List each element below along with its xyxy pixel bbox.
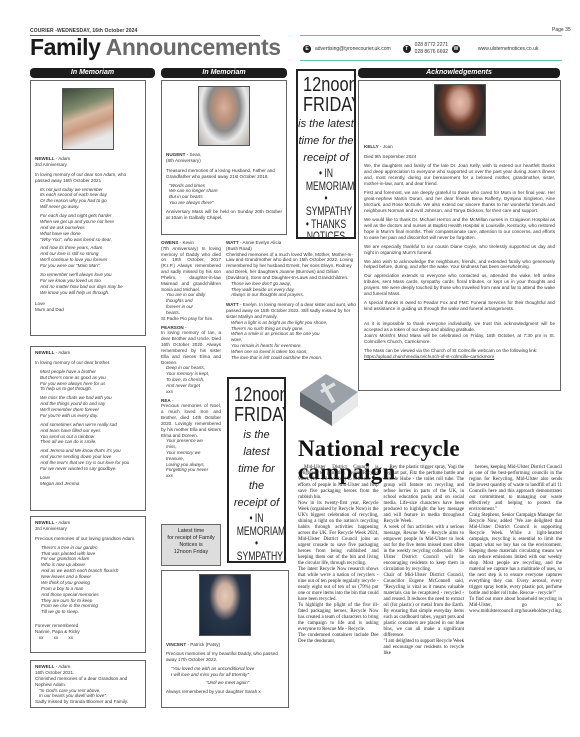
- photo-adam-newell: [62, 88, 114, 150]
- notice-newell-3: NEWELL - Adam3rd Anniversary Precious me…: [30, 516, 146, 653]
- notice-newell-1: NEWELL - Adam3rd Anniversary In loving m…: [30, 80, 146, 336]
- notice-intro: Precious memories of our loving grandson…: [35, 536, 141, 542]
- poem-verse: And sometimes when we're really sad And …: [35, 422, 141, 446]
- email-icon: E: [303, 45, 311, 53]
- poem-verse: And Jemma and Me know that's it's you An…: [35, 448, 141, 472]
- deadline-item: • IN MEMORIAM: [237, 512, 277, 537]
- notice-intro: Precious memories of my beautiful Daddy,…: [166, 651, 284, 663]
- notice-name: WATT: [226, 240, 239, 245]
- poem-verse: "In God's care you rest above, In our he…: [35, 688, 141, 700]
- contact-bar: E advertising@tyronecourier.uk.com T 028…: [303, 42, 538, 55]
- ack-paragraph: We, the daughters and family of the late…: [364, 163, 555, 187]
- notice-sub: - Adam: [54, 350, 70, 355]
- notice-sub: - Joan: [379, 144, 393, 149]
- poem-verse: Deep in our hearts, Your memory is kept,…: [161, 365, 221, 394]
- poem-verse: Most people have a brother But there's n…: [35, 369, 141, 393]
- section-in-memoriam-2: In Memoriam: [161, 68, 287, 78]
- notices-watt-column: WATT - Annie Evelyn Alicia (Bush Road) C…: [226, 240, 356, 361]
- ack-paragraph: First and foremost, we are deeply gratef…: [364, 190, 555, 214]
- poem-verse: Its not just today we remember Its each …: [35, 187, 141, 211]
- deadline-time: 12noon: [303, 75, 349, 95]
- deadline-text: receipt of: [229, 495, 284, 512]
- notice-sub: -: [184, 325, 187, 330]
- poem-verse: "Words and times We can no longer share …: [166, 183, 282, 207]
- poem-verse: You are in our daily thoughts and foreve…: [161, 292, 221, 315]
- notice-intro: Treasured memories of a loving Husband, …: [166, 168, 282, 180]
- ack-paragraph: We are especially thankful to our cousin…: [364, 244, 555, 256]
- notice-name: OWENS: [161, 240, 178, 245]
- notice-signature: Love Mum and Dad: [35, 301, 141, 313]
- notice-anniversary: 3rd Anniversary: [35, 526, 67, 531]
- webcam-link[interactable]: https://upload.churchmedia.tv/church-of-…: [364, 354, 555, 360]
- web-icon: W: [452, 45, 460, 53]
- notice-name: REA: [161, 398, 171, 403]
- notice-name: NEWELL: [35, 156, 54, 161]
- notice-sub: - Patrick (Patsy): [186, 642, 220, 647]
- title-announcements: Announcements: [106, 34, 281, 60]
- poem-verse: Your presence we miss, Your memory we tr…: [161, 438, 221, 479]
- notice-body: Cherished memories of a much loved Wife,…: [226, 252, 353, 280]
- poem-verse: We miss the chats we had with you And th…: [35, 395, 141, 419]
- mass-info: Anniversary Mass will be held on Sunday …: [166, 209, 282, 221]
- notice-name: NEWELL: [35, 664, 54, 669]
- notice-signature: Love Megan and Jemma: [35, 475, 141, 487]
- notice-pearson: PEARSON - In loving memory of Ian, a dea…: [161, 325, 221, 395]
- notice-sub: - Adam: [54, 156, 70, 161]
- article-column-2: Rey the plastic trigger spray, Yogi the …: [384, 465, 465, 657]
- notice-newell-2: NEWELL - Adam In loving memory of our de…: [30, 346, 146, 511]
- notice-anniversary: (7th Anniversary): [161, 246, 198, 251]
- website-link[interactable]: www.ulsternetnotices.co.uk: [478, 46, 538, 52]
- acknowledgement-kelly: KELLY - Joan Died 9th September 2024 We,…: [358, 80, 561, 391]
- deadline-text: receipt of: [298, 150, 354, 167]
- notice-anniversary: (8th Anniversary): [166, 158, 201, 163]
- notice-sub: -: [171, 398, 174, 403]
- phone-2: 028 8676 6692: [415, 49, 448, 56]
- poem-verse: Those we love don't go away, They walk b…: [226, 281, 356, 298]
- header-rule-green: [300, 35, 562, 36]
- section-acknowledgements: Acknowledgements: [358, 68, 560, 78]
- notice-signature: Forever remembered Nannie, Papa & Ricky …: [35, 623, 141, 641]
- ack-paragraph: Our appreciation extends to everyone who…: [364, 273, 555, 297]
- notice-name: VINCENT: [166, 642, 186, 647]
- notice-name: NEWELL: [35, 520, 54, 525]
- article-column-3: heroes, keeping Mid-Ulster District Coun…: [469, 465, 562, 657]
- phone-icon: T: [403, 45, 411, 53]
- deadline-item: • SYMPATHY: [237, 537, 277, 562]
- ack-paragraph: We would like to thank Dr. Michael Herro…: [364, 217, 555, 241]
- notice-owens: OWENS - Kevin (7th Anniversary) In lovin…: [161, 240, 221, 322]
- title-family: Family: [30, 34, 100, 60]
- notice-body: Precious memories of Noel, a much loved …: [161, 403, 221, 437]
- notice-watt-2: WATT - Evelyn. In loving memory of a dea…: [226, 302, 356, 360]
- page-number: Page 35: [552, 27, 571, 33]
- page-title: Family Announcements: [30, 36, 281, 59]
- deadline-day: FRIDAY: [303, 95, 349, 115]
- poem-verse: When a light is as bright as the light y…: [226, 320, 356, 361]
- notice-intro: In loving memory of our dear brother.: [35, 360, 141, 366]
- date-of-death: Died 9th September 2024: [364, 154, 555, 160]
- notice-name: WATT: [226, 302, 239, 307]
- notice-name: NUGENT: [166, 152, 185, 157]
- notice-sub: - Evelyn.: [239, 302, 258, 307]
- latest-time-box: Latest time for receipt of Family Notice…: [161, 524, 221, 566]
- deadline-item: • SYMPATHY: [306, 192, 346, 217]
- article-column-1: Mid-Ulster District Council is delighted…: [298, 465, 379, 657]
- deadline-item: NOTICES: [306, 230, 346, 239]
- ack-closing: As it is impossible to thank everyone in…: [364, 321, 555, 345]
- deadline-day: FRIDAY: [234, 405, 279, 425]
- notice-name: KELLY: [364, 144, 379, 149]
- notices-small-column: OWENS - Kevin (7th Anniversary) In lovin…: [161, 240, 221, 479]
- phone-numbers: 028 8772 2271 028 8676 6692: [415, 42, 448, 55]
- notice-sub: - Sean,: [185, 152, 201, 157]
- email-link[interactable]: advertising@tyronecourier.uk.com: [315, 46, 391, 52]
- notice-sub: - Annie Evelyn Alicia: [239, 240, 282, 245]
- deadline-text: is the latest: [229, 427, 284, 461]
- article-body: Mid-Ulster District Council is delighted…: [298, 465, 562, 657]
- notice-address: (Bush Road): [226, 246, 252, 251]
- notice-vincent: VINCENT - Patrick (Patsy) Precious memor…: [161, 570, 289, 708]
- notice-sub: - Adam.: [54, 664, 71, 669]
- poem-verse: So remember we'll always love you For we…: [35, 272, 141, 296]
- deadline-item: • IN MEMORIAM: [306, 167, 346, 192]
- notice-intro: Cherished memories of a dear Grandson an…: [35, 676, 127, 687]
- notice-date: 16th October 2021.: [35, 670, 74, 675]
- poem-verse: There's a tree in our garden That was pl…: [35, 545, 141, 616]
- notice-sub: - Adam: [54, 520, 70, 525]
- section-in-memoriam-1: In Memoriam: [30, 68, 155, 78]
- notice-signature: Always remembered by your daughter Sarah…: [166, 689, 284, 695]
- ack-paragraph: We also wish to acknowledge the neighbou…: [364, 259, 555, 271]
- notice-watt-1: WATT - Annie Evelyn Alicia (Bush Road) C…: [226, 240, 356, 298]
- photo-sean-nugent: [198, 86, 250, 146]
- deadline-notice-box-2: 12noon FRIDAY is the latest time for the…: [227, 377, 286, 563]
- notice-intro: In loving memory of our dear son Adam, w…: [35, 172, 141, 184]
- notice-body: In loving memory of Ian, a dear Brother …: [161, 330, 221, 364]
- notice-signature: Sadly missed by Granda Bloomer and Famil…: [35, 699, 128, 704]
- notice-rea: REA - Precious memories of Noel, a much …: [161, 398, 221, 480]
- ack-paragraph: A special thanks is owed to Peadar Fox a…: [364, 300, 555, 312]
- poem-verse: And now its three years, Adam And our lo…: [35, 245, 141, 269]
- notice-name: PEARSON: [161, 325, 184, 330]
- bible-icon: [296, 370, 362, 432]
- notice-sub: - Kevin: [178, 240, 194, 245]
- contact-rule: [300, 60, 562, 61]
- notice-nugent: NUGENT - Sean,(8th Anniversary) Treasure…: [161, 80, 287, 235]
- deadline-text: is the latest: [298, 116, 354, 133]
- deadline-text: time for the: [298, 133, 354, 150]
- poem-verse: "Until we meet again": [166, 680, 284, 686]
- photo-joan-kelly: [434, 84, 486, 136]
- notice-body: In loving memory of Daddy who died on 19…: [161, 246, 221, 292]
- deadline-text: time for the: [229, 461, 284, 495]
- notice-anniversary: 3rd Anniversary: [35, 162, 67, 167]
- photo-patrick-vincent: [199, 574, 251, 636]
- deadline-time: 12noon: [234, 385, 279, 405]
- notice-newell-4: NEWELL - Adam. 16th October 2021. Cheris…: [30, 660, 146, 708]
- notice-name: NEWELL: [35, 350, 54, 355]
- deadline-notice-box-1: 12noon FRIDAY is the latest time for the…: [296, 69, 356, 239]
- notice-signature: St Padre Pio pray for him.: [161, 316, 214, 321]
- poem-verse: "You loved me with an unconditional love…: [166, 666, 284, 678]
- poem-verse: For each day and night gets harder When …: [35, 213, 141, 242]
